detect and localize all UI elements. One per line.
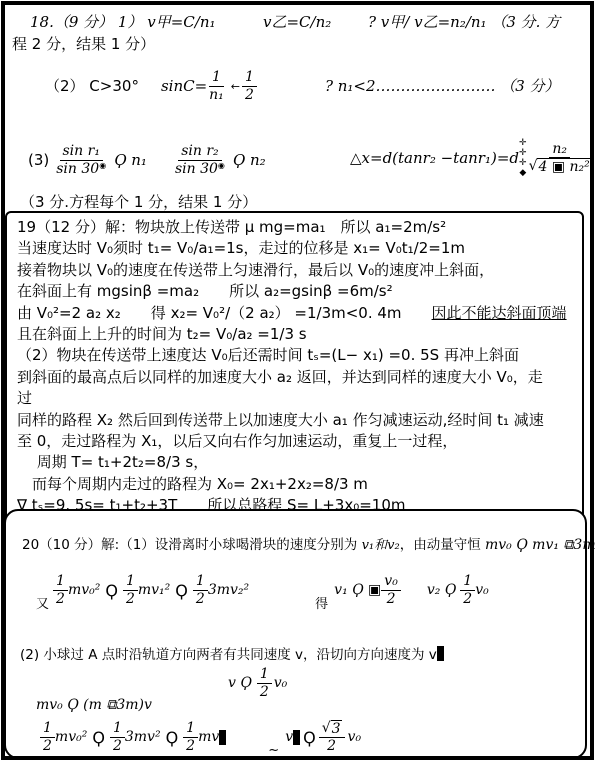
fraction-half: 12	[193, 573, 208, 606]
rel-glyph: Ϙ	[175, 581, 188, 600]
p19-line: 且在斜面上上升的时间为 t₂= V₀/a₂ =1/3 s	[17, 324, 582, 345]
p18-row2-result: ? n₁<2…………………… （3 分）	[325, 76, 560, 97]
problem19-box: 19（12 分）解：物块放上传送带 μ mg=ma₁ 所以 a₁=2m/s² 当…	[5, 211, 584, 525]
fraction-numerator: 1	[53, 573, 68, 590]
p20-momentum-inline: mv₀ Ϙ mv₁ ⧉3mv₂	[485, 537, 595, 553]
fraction-denominator: 2	[258, 684, 271, 700]
fraction-numerator: 1	[460, 573, 475, 590]
v0-symbol: v₀	[348, 729, 362, 745]
fraction-sinr1: sin r₁ sin 30◉	[54, 143, 108, 176]
fraction-1-over-2: 1 2	[242, 69, 257, 102]
fraction-half: 12	[53, 573, 68, 606]
p19-line: 到斜面的最高点后以同样的加速度大小 a₂ 返回，并达到同样的速度大小 V₀，走	[17, 367, 582, 388]
fraction-numerator: 1	[209, 69, 224, 86]
fraction-half: 12	[257, 666, 272, 699]
p18-row2-sinc: sinC=	[161, 76, 207, 97]
bracket-glyph: ✛	[519, 158, 527, 168]
fraction-1-over-n1: 1 n₁	[207, 69, 226, 102]
rel-glyph: Ϙ	[105, 581, 118, 600]
fraction-denominator: 2	[124, 591, 137, 607]
p19-line-conclusion: 由 V₀²=2 a₂ x₂ 得 x₂= V₀²/（2 a₂） =1/3m<0. …	[17, 303, 582, 324]
fraction-numerator: n₂	[549, 141, 570, 158]
fraction-half: 12	[460, 573, 475, 606]
fraction-denominator: 2	[461, 591, 474, 607]
p20-momentum-eq2: mv₀ Ϙ (m ⧉3m)v	[36, 697, 152, 713]
p19-line: （2）物块在传送带上速度达 V₀后还需时间 tₛ=(L− x₁) =0. 5S …	[17, 345, 582, 366]
p19-line: 当速度达时 V₀须时 t₁= V₀/a₁=1s，走过的位移是 x₁= V₀t₁/…	[17, 238, 582, 259]
p18-line2: 程 2 分，结果 1 分）	[12, 34, 155, 55]
fraction-numerator: 1	[123, 573, 138, 590]
p19-line5-plain: 由 V₀²=2 a₂ x₂ 得 x₂= V₀²/（2 a₂） =1/3m<0. …	[17, 304, 432, 322]
term-mv: mv	[198, 729, 219, 745]
p19-line: 过	[17, 388, 582, 409]
fraction-denominator: 2	[54, 591, 67, 607]
p20-part2-text: (2) 小球过 A 点时沿轨道方向两者有共同速度 v，沿切向方向速度为 v	[20, 647, 437, 663]
den-text: sin 30	[56, 161, 99, 177]
p18-line1-mid: v乙=C/n₂	[263, 12, 331, 33]
fraction-numerator: 1	[110, 720, 125, 737]
small-arrow-glyph: ←	[231, 80, 240, 93]
p19-line: 同样的路程 X₂ 然后回到传送带上以加速度大小 a₁ 作匀减速运动,经时间 t₁…	[17, 410, 582, 431]
p20-line1-text2: ，由动量守恒	[400, 537, 485, 553]
degree-glyph: ◉	[218, 161, 225, 170]
p18-line1-right: ? v甲/ v乙=n₂/n₁ （3 分. 方	[368, 12, 560, 33]
v0-symbol: v₀	[274, 675, 288, 691]
fraction-denominator: sin 30◉	[173, 161, 227, 177]
fraction-n2-sqrt: n₂ √4 ▣ n₂²	[527, 141, 593, 175]
term-3mvsq: 3mv²	[125, 729, 161, 745]
fraction-numerator: 1	[183, 720, 198, 737]
p20-de-char: 得	[315, 593, 328, 612]
p20-v1v2: v₁和v₂	[362, 538, 400, 553]
v0-symbol: v₀	[475, 582, 489, 598]
radical-sign: √	[529, 158, 538, 174]
fraction-half: 12	[123, 573, 138, 606]
p19-line: 接着物块以 V₀的速度在传送带上匀速滑行，最后以 V₀的速度冲上斜面，	[17, 260, 582, 281]
p18-row3-label: (3)	[28, 150, 49, 171]
fraction-numerator: 1	[40, 720, 55, 737]
p19-line: 在斜面上有 mgsinβ =ma₂ 所以 a₂=gsinβ =6m/s²	[17, 281, 582, 302]
fraction-numerator: v₀	[381, 573, 401, 590]
fraction-half: 12	[110, 720, 125, 753]
tilde-glyph: ~	[268, 743, 279, 758]
fraction-denominator: √4 ▣ n₂²	[527, 158, 593, 175]
p20-energy-eq1: 又 12 mv₀² Ϙ 12 mv₁² Ϙ 12 3mv₂² 得 v₁ Ϙ ▣ …	[36, 567, 489, 613]
p19-line: 19（12 分）解：物块放上传送带 μ mg=ma₁ 所以 a₁=2m/s²	[17, 217, 582, 238]
fraction-denominator: 2	[385, 591, 398, 607]
radical-sign: √	[322, 720, 331, 736]
radicand: 4 ▣ n₂²	[537, 158, 590, 175]
bracket-glyph: ✛	[519, 148, 527, 158]
fraction-denominator: sin 30◉	[54, 161, 108, 177]
fraction-half: 12	[183, 720, 198, 753]
p19-line: 至 0，走过路程为 X₁，以后又向右作匀加速运动，重复上一过程，	[17, 431, 582, 452]
deltax-prefix: △x=d(tanr₂ −tanr₁)=d	[350, 148, 519, 169]
black-box-glyph	[219, 730, 226, 745]
p18-line1-left: 18.（9 分） 1） v甲=C/n₁	[30, 12, 216, 33]
fraction-denominator: 2	[41, 738, 54, 754]
fraction-numerator: 1	[242, 69, 257, 86]
p20-line1-text: 20（10 分）解:（1）设滑离时小球喝滑块的速度分别为	[22, 537, 362, 553]
fraction-denominator: 2	[243, 87, 256, 103]
fraction-numerator: 1	[257, 666, 272, 683]
answer-key-page: 18.（9 分） 1） v甲=C/n₁ v乙=C/n₂ ? v甲/ v乙=n₂/…	[0, 0, 595, 761]
rel-glyph: Ϙ	[92, 728, 105, 747]
fraction-denominator: 2	[111, 738, 124, 754]
p20-common-velocity-eq: v Ϙ 12 v₀	[228, 663, 287, 703]
p20-line1: 20（10 分）解:（1）设滑离时小球喝滑块的速度分别为 v₁和v₂，由动量守恒…	[22, 533, 595, 553]
p19-line5-underlined: 因此不能达斜面顶端	[432, 304, 567, 322]
fraction-half: 12	[40, 720, 55, 753]
p18-row2-label: （2） C>30°	[45, 76, 139, 97]
fraction-denominator: 2	[194, 591, 207, 607]
fraction-sqrt3-over-2: √3 2	[319, 720, 345, 754]
fraction-denominator: 2	[325, 738, 338, 754]
fraction-numerator: sin r₁	[60, 143, 103, 160]
term-mv0sq: mv₀²	[68, 582, 100, 598]
fraction-denominator: 2	[184, 738, 197, 754]
left-bracket-glyphs: ✛ ✛ ✛ ◆	[519, 138, 527, 178]
p18-score-note: （3 分.方程每个 1 分，结果 1 分）	[20, 192, 257, 213]
rel-glyph: Ϙ	[166, 728, 179, 747]
p18-deltax-formula: △x=d(tanr₂ −tanr₁)=d ✛ ✛ ✛ ◆ n₂ √4 ▣ n₂²…	[350, 128, 595, 188]
v-rel: v Ϙ	[228, 675, 252, 691]
p20-energy-eq2: 12 mv₀² Ϙ 12 3mv² Ϙ 12 mv ~ v Ϙ √3 2 v₀	[40, 715, 361, 759]
fraction-numerator: sin r₂	[178, 143, 221, 160]
fraction-sinr2: sin r₂ sin 30◉	[173, 143, 227, 176]
p18-row3-rel-n1: Ϙ n₁	[114, 150, 147, 171]
fraction-denominator: n₁	[207, 87, 226, 103]
term-mv0sq: mv₀²	[55, 729, 87, 745]
black-box-glyph	[437, 646, 444, 661]
fraction-numerator: √3	[319, 720, 345, 738]
p19-line: 而每个周期内走过的路程为 X₀= 2x₁+2x₂=8/3 m	[17, 474, 582, 495]
p20-you-char: 又	[36, 593, 49, 612]
p18-row3-rel-n2: Ϙ n₂	[233, 150, 266, 171]
term-mv1sq: mv₁²	[138, 582, 170, 598]
problem20-box: 20（10 分）解:（1）设滑离时小球喝滑块的速度分别为 v₁和v₂，由动量守恒…	[4, 509, 587, 759]
v1-result: v₁ Ϙ ▣	[334, 582, 381, 598]
den-text: sin 30	[175, 161, 218, 177]
p20-part2-line: (2) 小球过 A 点时沿轨道方向两者有共同速度 v，沿切向方向速度为 v	[20, 643, 444, 663]
p18-row2: （2） C>30° sinC= 1 n₁ ← 1 2 ? n₁<2……………………	[45, 60, 560, 112]
p18-row3-left: (3) sin r₁ sin 30◉ Ϙ n₁ sin r₂ sin 30◉ Ϙ…	[28, 133, 266, 187]
degree-glyph: ◉	[99, 161, 106, 170]
bracket-glyph: ✛	[519, 138, 527, 148]
fraction-numerator: 1	[193, 573, 208, 590]
black-box-glyph	[293, 730, 300, 745]
term-3mv2sq: 3mv₂²	[208, 582, 249, 598]
rel-glyph: Ϙ	[303, 728, 316, 747]
v2-result: v₂ Ϙ	[427, 582, 456, 598]
fraction-v0-over-2: v₀2	[381, 573, 401, 606]
v-symbol: v	[285, 729, 293, 745]
p19-line: 周期 T= t₁+2t₂=8/3 s，	[17, 452, 582, 473]
bracket-glyph: ◆	[519, 168, 526, 178]
radicand: 3	[331, 720, 342, 737]
